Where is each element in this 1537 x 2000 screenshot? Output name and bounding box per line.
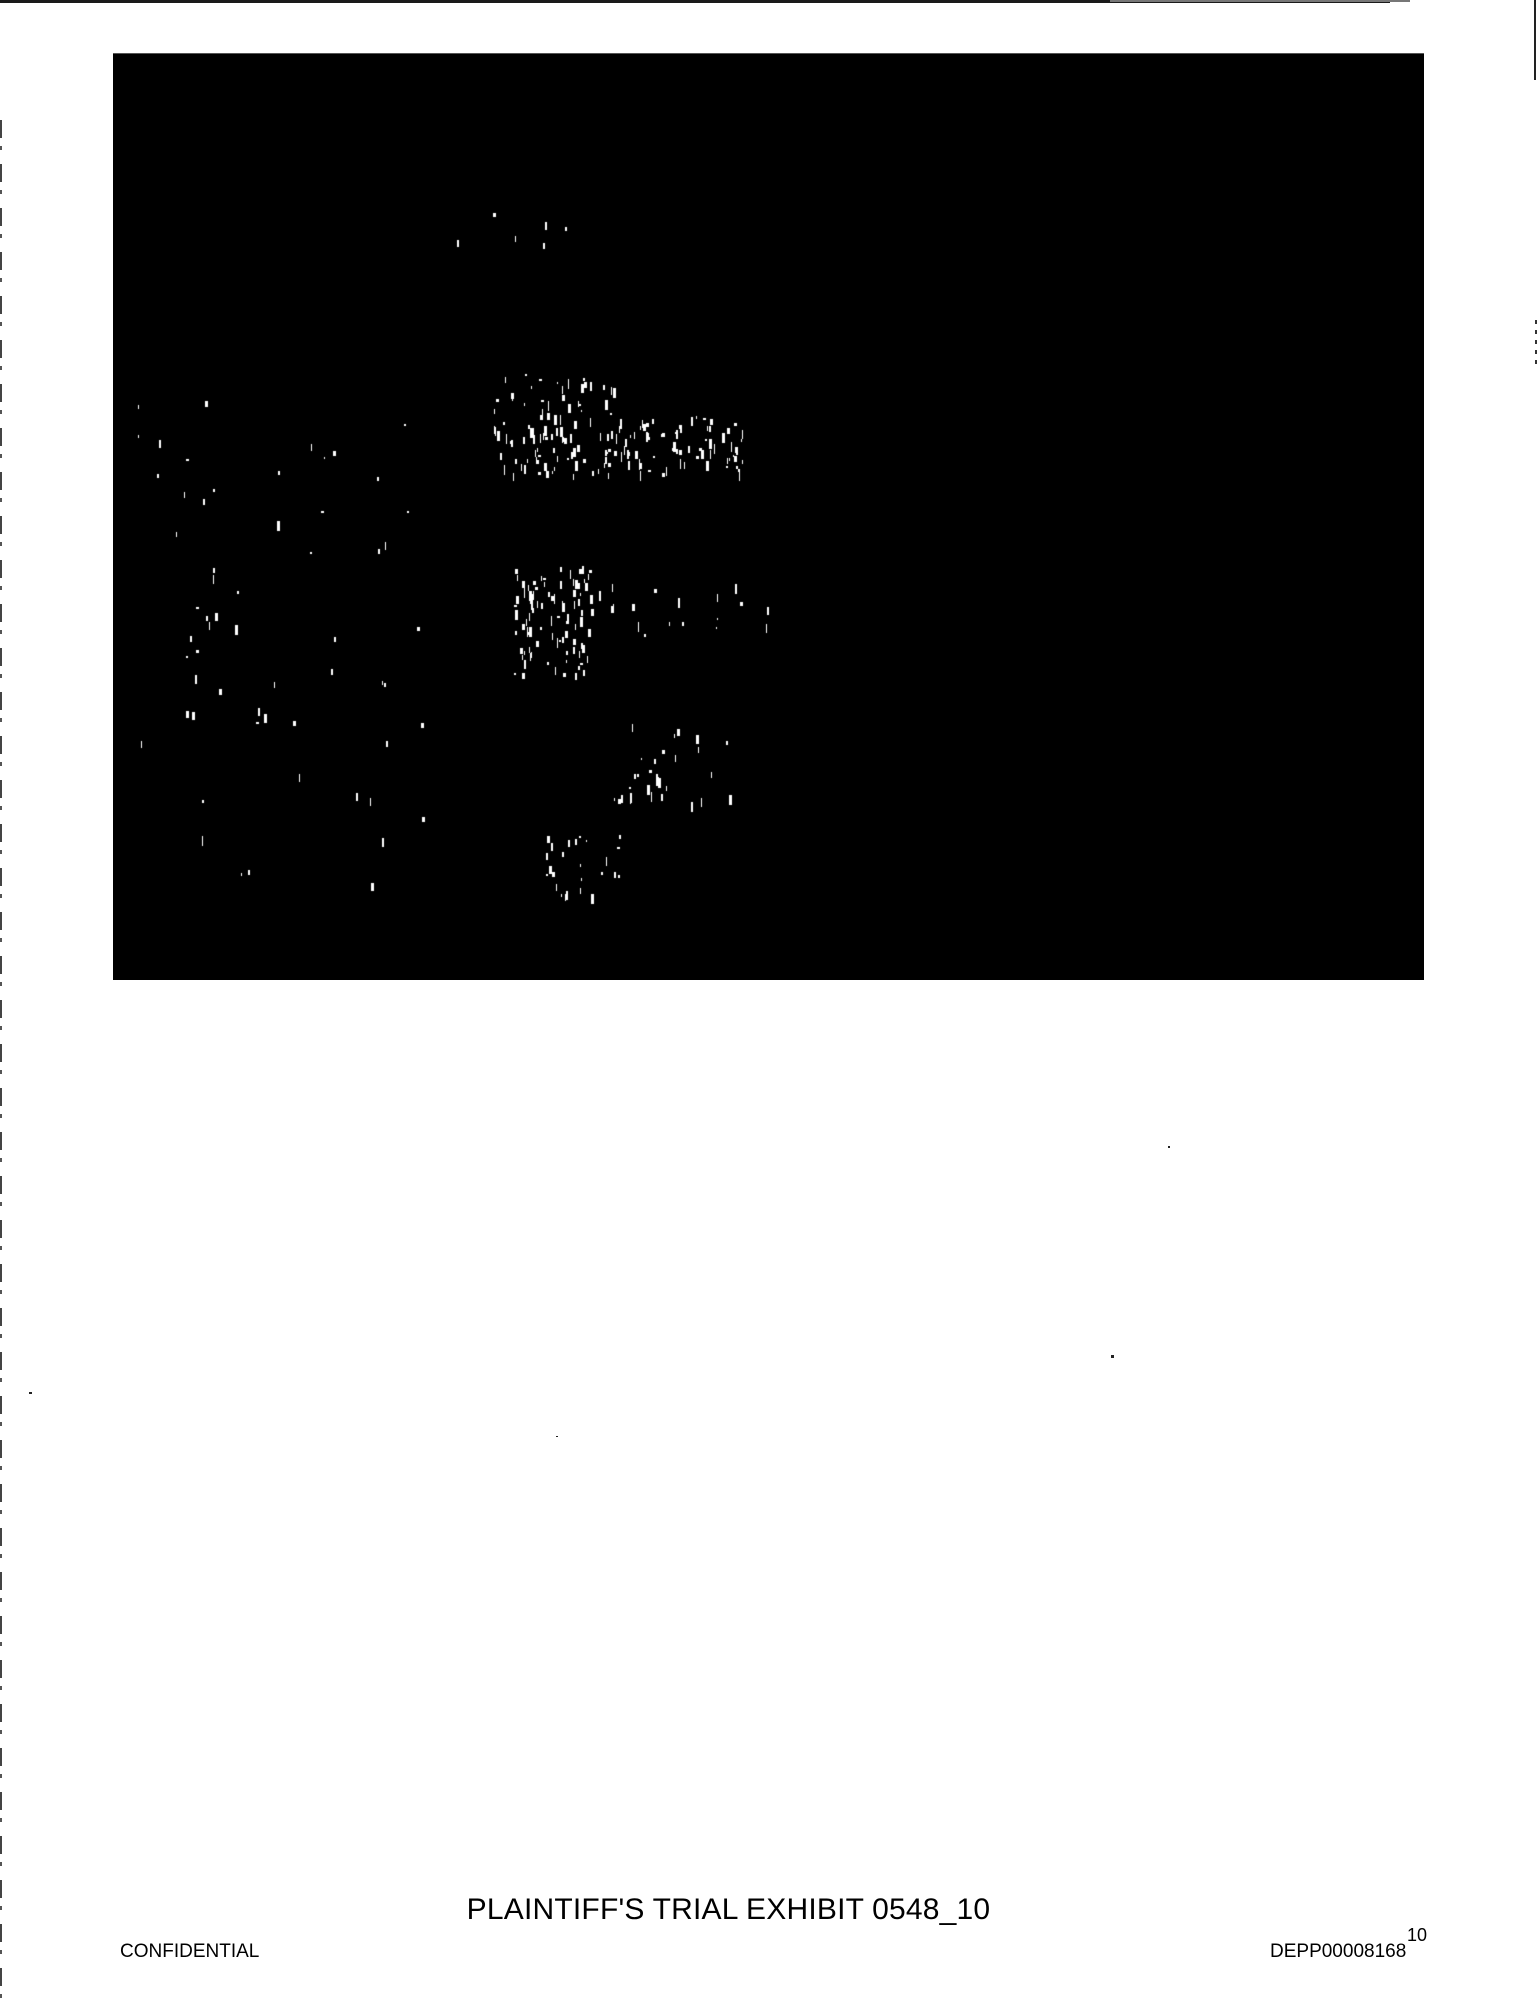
scan-artifact-top-line-light <box>1110 0 1410 2</box>
exhibit-photo <box>113 54 1424 980</box>
photo-canvas <box>113 54 1424 980</box>
exhibit-label: PLAINTIFF'S TRIAL EXHIBIT 0548_10 <box>0 1893 1537 1927</box>
scan-speck <box>1111 1355 1114 1358</box>
confidential-label: CONFIDENTIAL <box>120 1941 259 1963</box>
scan-speck <box>556 1436 558 1437</box>
scan-artifact-right-edge <box>1534 0 1536 80</box>
page-number: 10 <box>1407 1925 1427 1946</box>
exhibit-label-text: PLAINTIFF'S TRIAL EXHIBIT 0548_10 <box>467 1893 991 1926</box>
scan-artifact-left-edge <box>0 120 2 2000</box>
scan-speck <box>29 1392 32 1394</box>
bates-number: DEPP00008168 <box>1270 1941 1406 1963</box>
scan-speck <box>1168 1146 1170 1148</box>
